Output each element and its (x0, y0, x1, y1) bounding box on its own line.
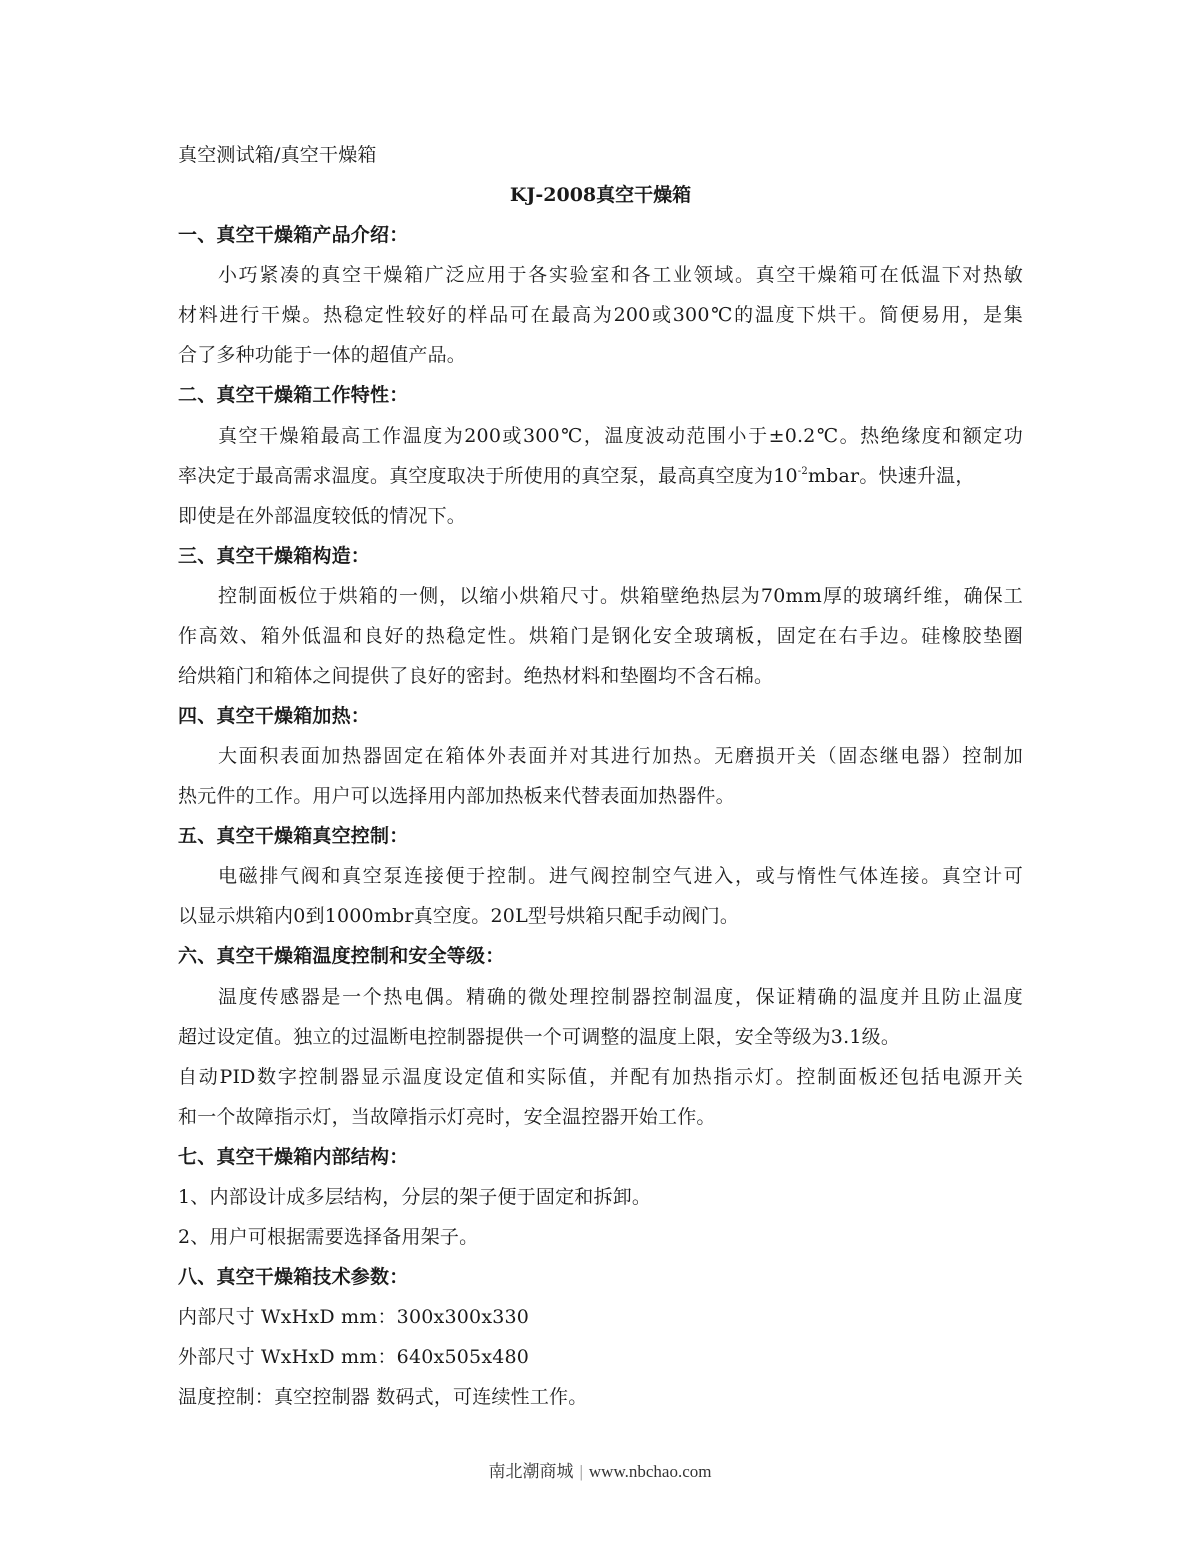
section-heading-working-characteristics: 二、真空干燥箱工作特性： (178, 382, 408, 408)
section-heading-temperature-control-safety: 六、真空干燥箱温度控制和安全等级： (178, 943, 504, 969)
paragraph-line: 小巧紧凑的真空干燥箱广泛应用于各实验室和各工业领域。真空干燥箱可在低温下对热敏 (178, 262, 1023, 288)
paragraph-line: 控制面板位于烘箱的一侧，以缩小烘箱尺寸。烘箱壁绝热层为70mm厚的玻璃纤维，确保… (178, 583, 1023, 609)
paragraph-line: 温度传感器是一个热电偶。精确的微处理控制器控制温度，保证精确的温度并且防止温度 (178, 984, 1023, 1010)
section-heading-heating: 四、真空干燥箱加热： (178, 703, 370, 729)
paragraph-line: 自动PID数字控制器显示温度设定值和实际值，并配有加热指示灯。控制面板还包括电源… (178, 1064, 1023, 1090)
paragraph-text: mbar。快速升温， (808, 465, 975, 487)
spec-external-dimensions: 外部尺寸 WxHxD mm：640x505x480 (178, 1344, 529, 1370)
spec-internal-dimensions: 内部尺寸 WxHxD mm：300x300x330 (178, 1304, 529, 1330)
paragraph-text: 率决定于最高需求温度。真空度取决于所使用的真空泵，最高真空度为10 (178, 465, 798, 487)
spec-temperature-control: 温度控制：真空控制器 数码式，可连续性工作。 (178, 1384, 587, 1410)
paragraph-line: 大面积表面加热器固定在箱体外表面并对其进行加热。无磨损开关（固态继电器）控制加 (178, 743, 1023, 769)
paragraph-line-with-superscript: 率决定于最高需求温度。真空度取决于所使用的真空泵，最高真空度为10-2mbar。… (178, 463, 1023, 489)
paragraph-line: 作高效、箱外低温和良好的热稳定性。烘箱门是钢化安全玻璃板，固定在右手边。硅橡胶垫… (178, 623, 1023, 649)
page-footer: 南北潮商城|www.nbchao.com (0, 1460, 1200, 1484)
paragraph-line: 真空干燥箱最高工作温度为200或300℃，温度波动范围小于±0.2℃。热绝缘度和… (178, 423, 1023, 449)
exponent-superscript: -2 (798, 466, 808, 477)
paragraph-line: 热元件的工作。用户可以选择用内部加热板来代替表面加热器件。 (178, 783, 735, 809)
section-heading-internal-structure: 七、真空干燥箱内部结构： (178, 1144, 408, 1170)
section-heading-construction: 三、真空干燥箱构造： (178, 543, 370, 569)
list-item: 2、用户可根据需要选择备用架子。 (178, 1224, 478, 1250)
section-heading-product-intro: 一、真空干燥箱产品介绍： (178, 222, 408, 248)
paragraph-line: 即使是在外部温度较低的情况下。 (178, 503, 466, 529)
footer-url-link[interactable]: www.nbchao.com (589, 1462, 712, 1481)
footer-site-name: 南北潮商城 (489, 1462, 574, 1481)
section-heading-technical-parameters: 八、真空干燥箱技术参数： (178, 1264, 408, 1290)
paragraph-line: 给烘箱门和箱体之间提供了良好的密封。绝热材料和垫圈均不含石棉。 (178, 663, 773, 689)
document-category-label: 真空测试箱/真空干燥箱 (178, 142, 377, 168)
list-item: 1、内部设计成多层结构，分层的架子便于固定和拆卸。 (178, 1184, 651, 1210)
paragraph-line: 材料进行干燥。热稳定性较好的样品可在最高为200或300℃的温度下烘干。简便易用… (178, 302, 1023, 328)
paragraph-line: 以显示烘箱内0到1000mbr真空度。20L型号烘箱只配手动阀门。 (178, 903, 739, 929)
section-heading-vacuum-control: 五、真空干燥箱真空控制： (178, 823, 408, 849)
document-title: KJ-2008真空干燥箱 (178, 182, 1023, 208)
paragraph-line: 超过设定值。独立的过温断电控制器提供一个可调整的温度上限，安全等级为3.1级。 (178, 1024, 900, 1050)
footer-separator: | (580, 1462, 583, 1481)
paragraph-line: 合了多种功能于一体的超值产品。 (178, 342, 466, 368)
paragraph-line: 电磁排气阀和真空泵连接便于控制。进气阀控制空气进入，或与惰性气体连接。真空计可 (178, 863, 1023, 889)
paragraph-line: 和一个故障指示灯，当故障指示灯亮时，安全温控器开始工作。 (178, 1104, 716, 1130)
